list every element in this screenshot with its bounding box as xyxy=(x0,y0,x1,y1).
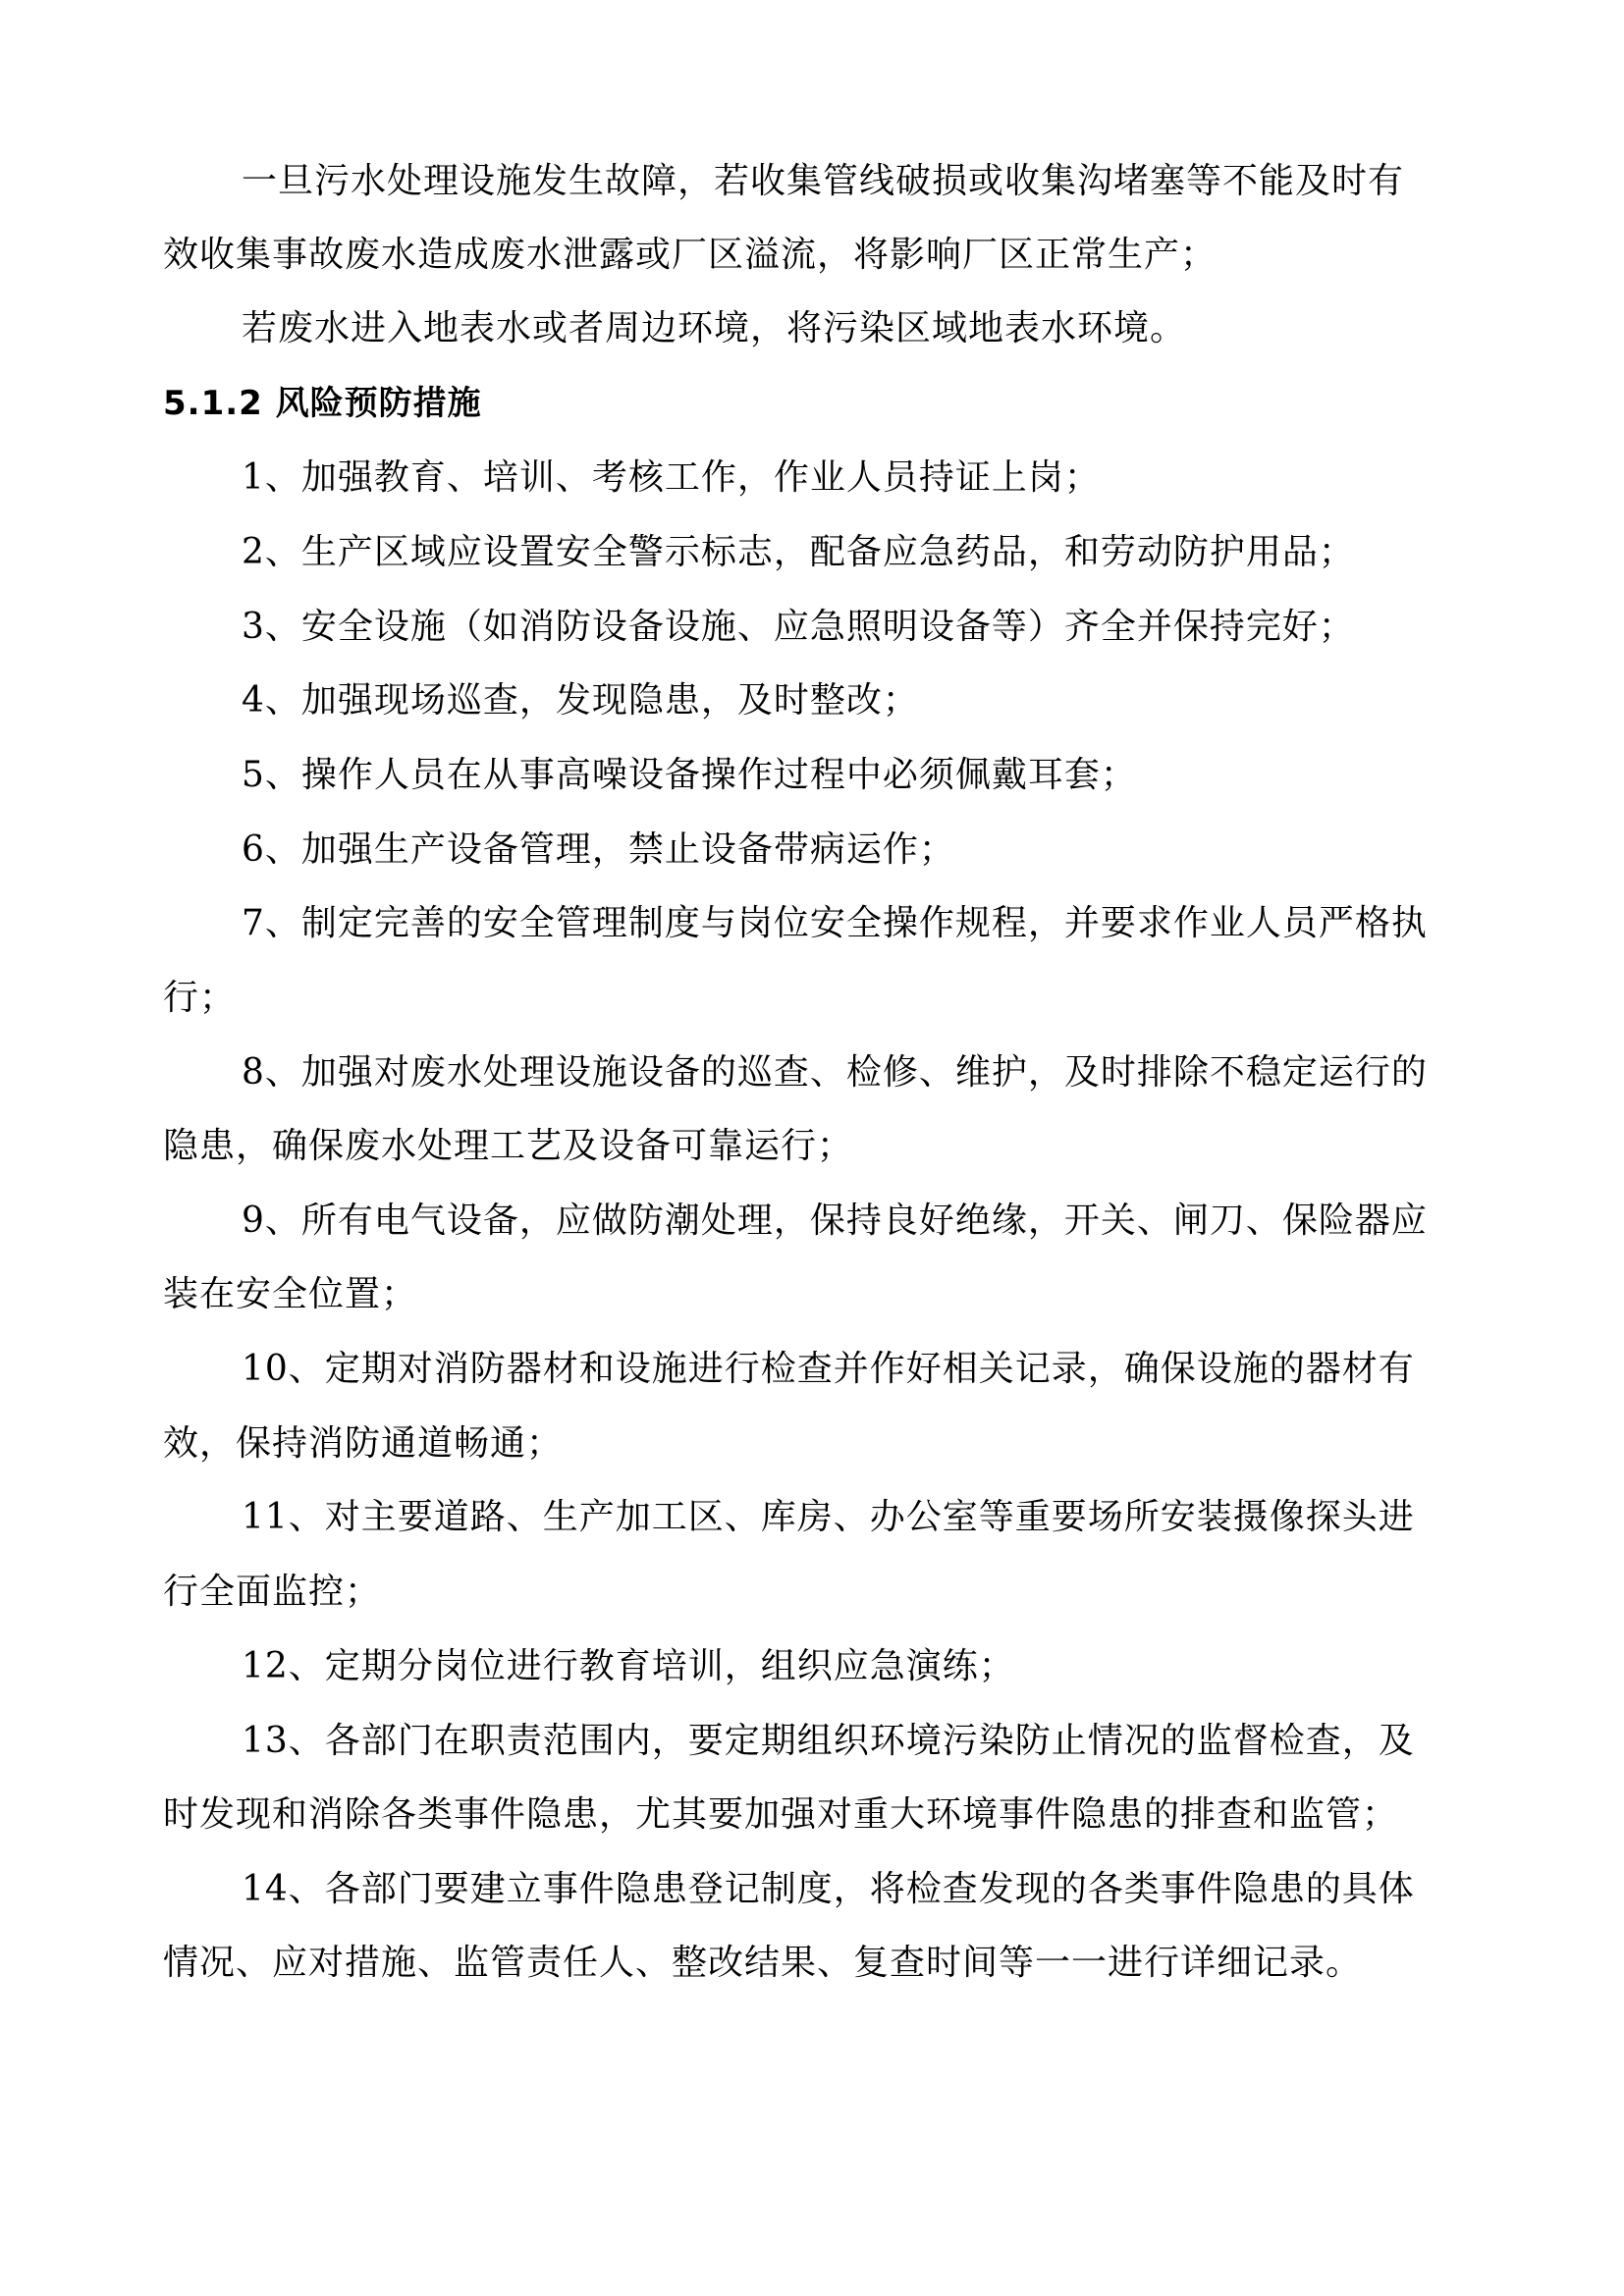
measure-item-13: 13、各部门在职责范围内，要定期组织环境污染防止情况的监督检查，及 xyxy=(242,1720,1415,1763)
measure-item-10: 10、定期对消防器材和设施进行检查并作好相关记录，确保设施的器材有 xyxy=(242,1348,1415,1391)
measure-item-10-cont: 效，保持消防通道畅通； xyxy=(163,1422,563,1466)
measure-item-8-cont: 隐患，确保废水处理工艺及设备可靠运行； xyxy=(163,1125,853,1168)
measure-item-5: 5、操作人员在从事高噪设备操作过程中必须佩戴耳套； xyxy=(242,754,1137,797)
measure-item-7-cont: 行； xyxy=(163,977,236,1020)
measure-item-9-cont: 装在安全位置； xyxy=(163,1273,417,1316)
measure-item-14-cont: 情况、应对措施、监管责任人、整改结果、复查时间等一一进行详细记录。 xyxy=(163,1942,1362,1985)
measure-item-11: 11、对主要道路、生产加工区、库房、办公室等重要场所安装摄像探头进 xyxy=(242,1496,1415,1539)
paragraph-line: 一旦污水处理设施发生故障，若收集管线破损或收集沟堵塞等不能及时有 xyxy=(242,160,1404,203)
measure-item-12: 12、定期分岗位进行教育培训，组织应急演练； xyxy=(242,1645,1015,1688)
measure-item-9: 9、所有电气设备，应做防潮处理，保持良好绝缘，开关、闸刀、保险器应 xyxy=(242,1200,1428,1243)
measure-item-1: 1、加强教育、培训、考核工作，作业人员持证上岗； xyxy=(242,456,1101,500)
paragraph-line: 若废水进入地表水或者周边环境，将污染区域地表水环境。 xyxy=(242,307,1186,350)
measure-item-14: 14、各部门要建立事件隐患登记制度，将检查发现的各类事件隐患的具体 xyxy=(242,1868,1415,1911)
section-heading: 5.1.2 风险预防措施 xyxy=(163,382,482,425)
measure-item-8: 8、加强对废水处理设施设备的巡查、检修、维护，及时排除不稳定运行的 xyxy=(242,1051,1428,1095)
measure-item-6: 6、加强生产设备管理，禁止设备带病运作； xyxy=(242,828,955,872)
measure-item-7: 7、制定完善的安全管理制度与岗位安全操作规程，并要求作业人员严格执 xyxy=(242,902,1428,945)
measure-item-2: 2、生产区域应设置安全警示标志，配备应急药品，和劳动防护用品； xyxy=(242,531,1355,574)
measure-item-4: 4、加强现场巡查，发现隐患，及时整改； xyxy=(242,679,919,722)
measure-item-11-cont: 行全面监控； xyxy=(163,1571,381,1614)
paragraph-line: 效收集事故废水造成废水泄露或厂区溢流，将影响厂区正常生产； xyxy=(163,234,1217,277)
measure-item-13-cont: 时发现和消除各类事件隐患，尤其要加强对重大环境事件隐患的排查和监管； xyxy=(163,1793,1398,1837)
measure-item-3: 3、安全设施（如消防设备设施、应急照明设备等）齐全并保持完好； xyxy=(242,606,1355,649)
